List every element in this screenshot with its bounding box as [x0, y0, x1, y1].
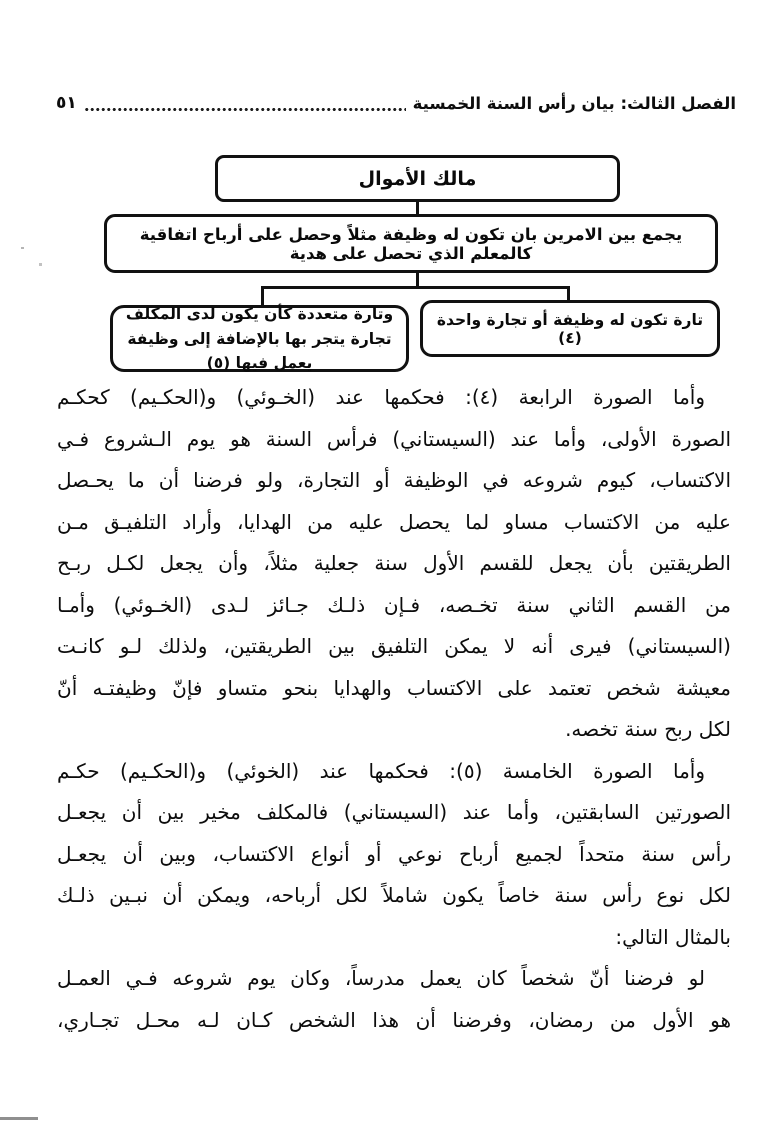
- scan-speckle: [39, 263, 42, 266]
- body-text: وأما الصورة الرابعة (٤): فحكمها عند (الخ…: [57, 377, 731, 1041]
- flowchart-box-combined-case: يجمع بين الامرين بان تكون له وظيفة مثلاً…: [104, 214, 718, 273]
- dotted-leader: [84, 107, 406, 112]
- body-line: هو الأول من رمضان، وفرضنا أن هذا الشخص ك…: [57, 1000, 731, 1042]
- body-line: لو فرضنا أنّ شخصاً كان يعمل مدرساً، وكان…: [57, 958, 731, 1000]
- body-line: (السيستاني) فيرى أنه لا يمكن التلفيق بين…: [57, 626, 731, 668]
- body-line: رأس سنة متحداً لجميع أرباح نوعي أو أنواع…: [57, 834, 731, 876]
- body-line: عليه من الاكتساب مساو لما يحصل عليه من ا…: [57, 502, 731, 544]
- body-line: معيشة شخص تعتمد على الاكتساب والهدايا بن…: [57, 668, 731, 710]
- chapter-title: الفصل الثالث: بيان رأس السنة الخمسية: [413, 94, 736, 113]
- page-number: ٥١: [56, 93, 77, 113]
- body-line: لكل ربح سنة تخصه.: [57, 709, 731, 751]
- scan-speckle: [21, 247, 24, 249]
- flowchart-box-multiple-case: وتارة متعددة كأن يكون لدى المكلف تجارة ي…: [110, 305, 409, 372]
- body-line: بالمثال التالي:: [57, 917, 731, 959]
- book-page: الفصل الثالث: بيان رأس السنة الخمسية ٥١ …: [0, 0, 779, 1121]
- scan-artifact-line: [0, 1117, 38, 1120]
- body-line: وأما الصورة الخامسة (٥): فحكمها عند (الخ…: [57, 751, 731, 793]
- running-head: الفصل الثالث: بيان رأس السنة الخمسية ٥١: [56, 90, 736, 116]
- body-line: الصورة الأولى، وأما عند (السيستاني) فرأس…: [57, 419, 731, 461]
- body-line: الطريقتين بأن يجعل للقسم الأول سنة جعلية…: [57, 543, 731, 585]
- body-line: الاكتساب، كيوم شروعه في الوظيفة أو التجا…: [57, 460, 731, 502]
- body-line: من القسم الثاني سنة تخـصه، فـإن ذلـك جـا…: [57, 585, 731, 627]
- body-line: لكل نوع رأس سنة خاصاً يكون شاملاً لكل أر…: [57, 875, 731, 917]
- flowchart-box-owner-of-funds: مالك الأموال: [215, 155, 620, 202]
- body-line: وأما الصورة الرابعة (٤): فحكمها عند (الخ…: [57, 377, 731, 419]
- connector-branch-horizontal: [261, 286, 570, 289]
- flowchart-box-single-case: تارة تكون له وظيفة أو تجارة واحدة (٤): [420, 300, 720, 357]
- body-line: الصورتين السابقتين، وأما عند (السيستاني)…: [57, 792, 731, 834]
